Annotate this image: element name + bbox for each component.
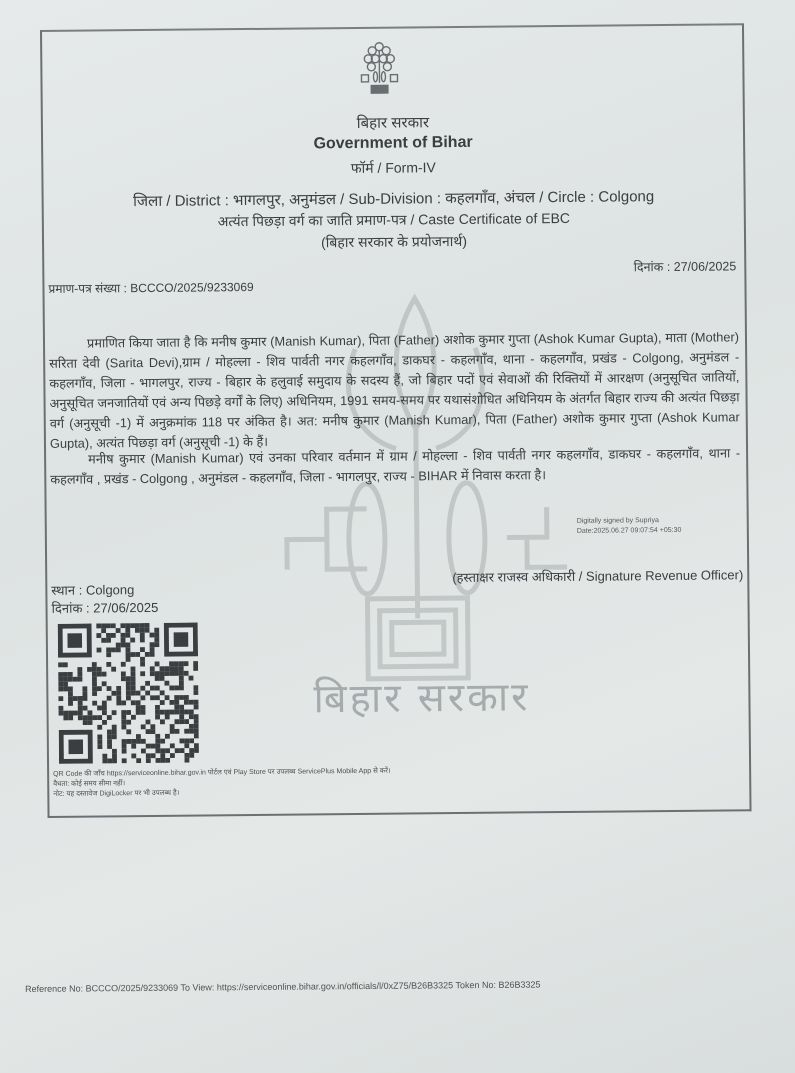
reference-line: Reference No: BCCCO/2025/9233069 To View… bbox=[25, 980, 541, 994]
certificate-title: अत्यंत पिछड़ा वर्ग का जाति प्रमाण-पत्र /… bbox=[44, 207, 744, 233]
form-label: फॉर्म / Form-IV bbox=[43, 155, 743, 181]
certificate-number: प्रमाण-पत्र संख्या : BCCCO/2025/9233069 bbox=[48, 278, 253, 297]
residence-paragraph: मनीष कुमार (Manish Kumar) एवं उनका परिवा… bbox=[50, 443, 740, 490]
qr-code-icon[interactable] bbox=[58, 623, 199, 764]
qr-note-digilocker: नोट: यह दस्तावेज DigiLocker पर भी उपलब्ध… bbox=[53, 787, 391, 800]
certificate-sheet: बिहार सरकार बिहार सरकार Government of Bi… bbox=[40, 23, 752, 818]
place-date-block: स्थान : Colgong दिनांक : 27/06/2025 bbox=[51, 581, 158, 618]
issue-date: दिनांक : 27/06/2025 bbox=[634, 257, 737, 275]
certificate-purpose: (बिहार सरकार के प्रयोजनार्थ) bbox=[44, 229, 744, 255]
place-date: दिनांक : 27/06/2025 bbox=[51, 599, 158, 618]
qr-notes: QR Code की जाँच https://serviceonline.bi… bbox=[53, 767, 391, 800]
watermark-text: बिहार सरकार bbox=[313, 667, 531, 724]
signature-label: (हस्ताक्षर राजस्व अधिकारी / Signature Re… bbox=[452, 565, 743, 586]
digital-signature: Digitally signed by Supriya Date:2025.06… bbox=[577, 516, 682, 537]
bihar-bodhi-tree-emblem-icon bbox=[357, 39, 402, 97]
certification-paragraph: प्रमाणित किया जाता है कि मनीष कुमार (Man… bbox=[49, 327, 740, 454]
digital-signature-date: Date:2025.06.27 09:07:54 +05:30 bbox=[577, 526, 682, 537]
place: स्थान : Colgong bbox=[51, 581, 158, 600]
